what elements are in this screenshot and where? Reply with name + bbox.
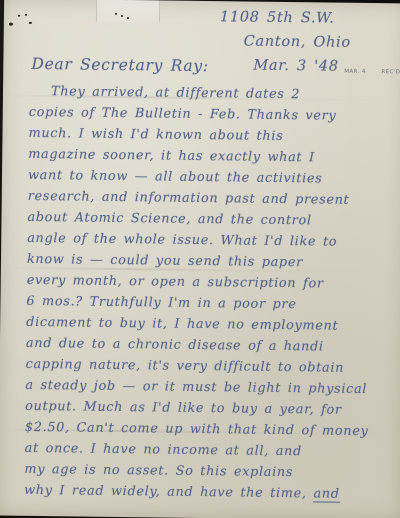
scanned-letter: 1108 5th S.W. Canton, Ohio Mar. 3 '48 MA…: [0, 0, 400, 518]
letter-body: They arrived, at different dates 2 copie…: [24, 81, 396, 505]
sender-address-line: 1108 5th S.W.: [220, 5, 351, 31]
letter-date: Mar. 3 '48: [253, 54, 350, 79]
ink-speck: [25, 14, 27, 16]
received-date-stamp: MAR. 4 REC'D: [344, 69, 400, 76]
ink-speck: [121, 15, 123, 17]
ink-speck: [115, 13, 117, 15]
underlined-word: and: [313, 486, 339, 502]
sender-city-line: Canton, Ohio: [244, 29, 351, 54]
ink-speck: [9, 23, 13, 26]
letter-header: 1108 5th S.W. Canton, Ohio Mar. 3 '48: [215, 5, 351, 79]
body-line-last-text: why I read widely, and have the time,: [24, 483, 314, 502]
stamp-date: MAR. 4: [344, 69, 366, 75]
salutation: Dear Secretary Ray:: [31, 55, 209, 75]
body-line-last: why I read widely, and have the time, an…: [24, 480, 391, 505]
ink-speck: [18, 15, 20, 17]
letter-paper: 1108 5th S.W. Canton, Ohio Mar. 3 '48 MA…: [0, 0, 400, 518]
stamp-received-label: REC'D: [381, 69, 400, 75]
ink-speck: [29, 22, 32, 24]
ink-speck: [127, 17, 129, 19]
